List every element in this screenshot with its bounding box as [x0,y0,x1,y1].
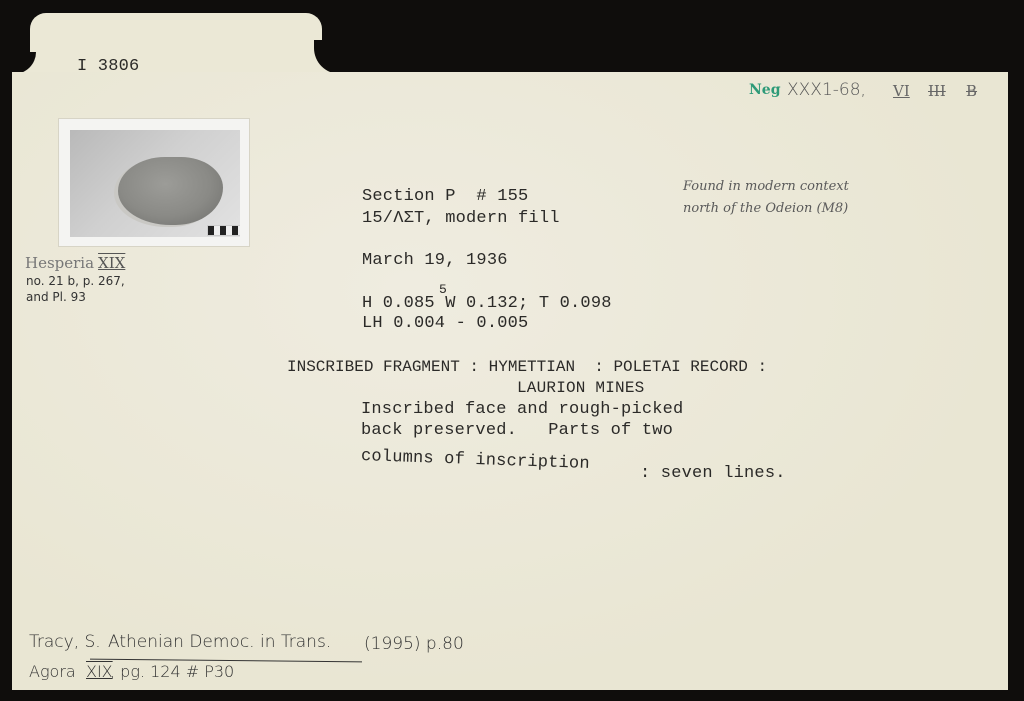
negative-volume: VI [893,82,910,100]
ref2-volume: XIX [86,662,113,681]
context-line: 15/ΛΣΤ, modern fill [362,209,560,229]
fragment-photo [70,130,240,237]
publication-plate: and Pl. 93 [26,290,86,304]
journal-volume: XIX [98,254,125,272]
classification-line2: LAURION MINES [517,378,644,398]
description-line2: back preserved. Parts of two [361,421,673,441]
dimension-correction: 5 [439,280,447,300]
findspot-note-line1: Found in modern context [683,179,849,194]
ref2-series: Agora [29,662,76,681]
dimensions-line: H 0.085 W 0.132; T 0.098 [362,294,612,314]
negative-number: XXX1-68, [787,80,866,100]
section-line: Section P # 155 [362,187,528,207]
ref1-author: Tracy, S. [29,632,101,652]
description-line1: Inscribed face and rough-picked [361,400,683,420]
neg-stamp: Neg [749,82,781,98]
publication-journal: HesperiaXIX [25,254,125,272]
ref1-year-page: (1995) p.80 [364,634,464,654]
description-line3-end: : seven lines. [640,464,786,484]
scale-bar [207,225,240,236]
findspot-note-line2: north of the Odeion (M8) [683,201,848,216]
inventory-number: I 3806 [77,57,139,77]
ref2-rest: , pg. 124 # P30 [110,662,234,681]
negative-series-struck: B [966,82,977,100]
journal-name: Hesperia [25,254,94,272]
publication-entry: no. 21 b, p. 267, [26,274,125,288]
photo-mount [58,118,250,247]
letter-height-line: LH 0.004 - 0.005 [362,314,528,334]
stone-fragment-image [118,157,223,225]
ref1-title: Athenian Democ. in Trans. [108,632,331,652]
classification-line1: INSCRIBED FRAGMENT : HYMETTIAN : POLETAI… [287,357,767,377]
negative-volume-struck: III [928,82,946,100]
date-line: March 19, 1936 [362,251,508,271]
